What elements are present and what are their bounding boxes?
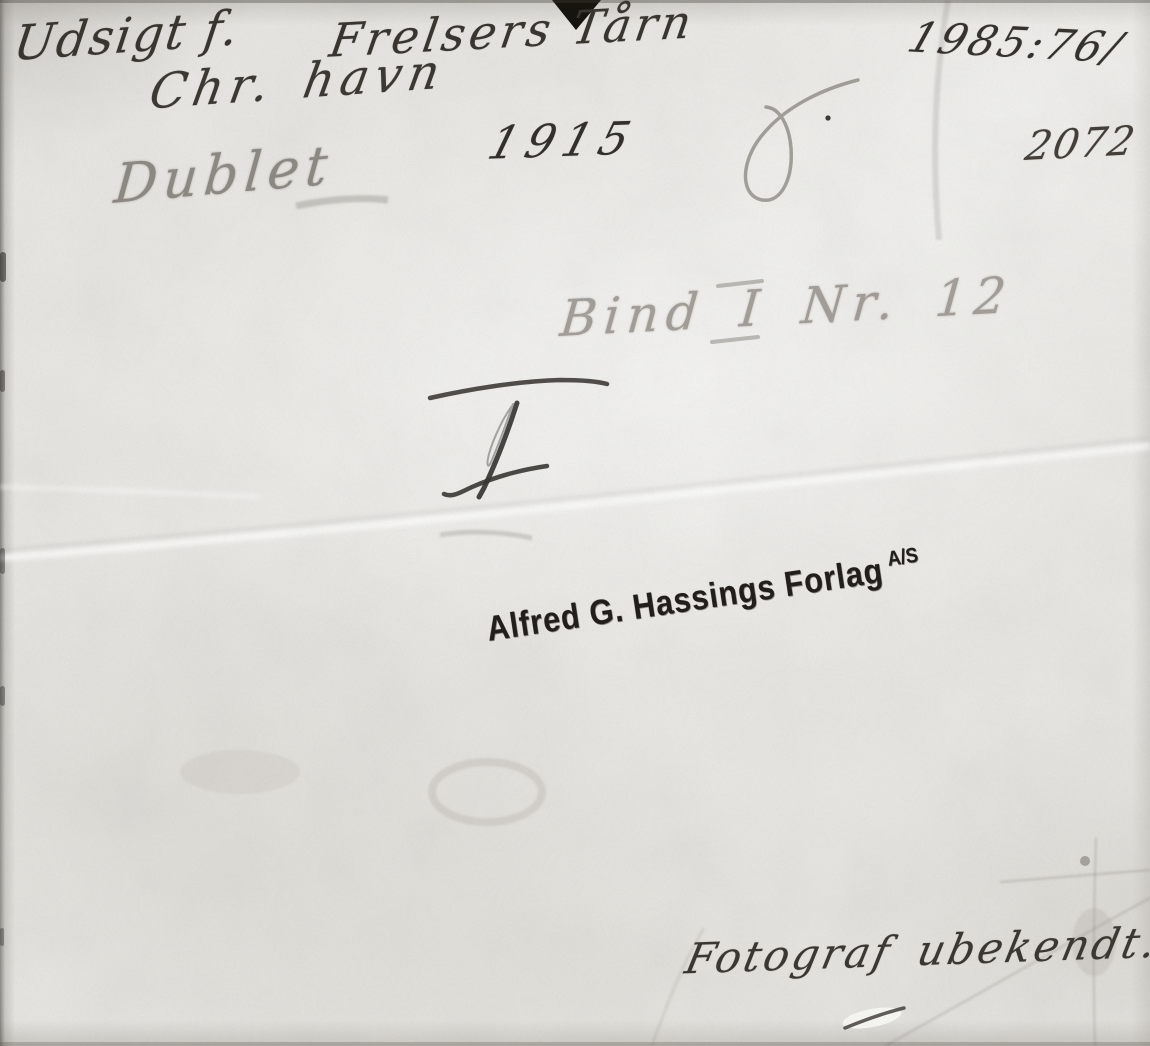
paper-crease-layer (0, 0, 1150, 1046)
paper-mottle-texture (0, 0, 1150, 1046)
ink-fleck (825, 115, 830, 120)
publisher-stamp-suffix: A/S (886, 544, 920, 571)
left-edge-nubs (0, 0, 1150, 1046)
caption-location-text: Chr. havn (146, 47, 449, 116)
photographer-note-text: Fotograf ubekendt. (682, 922, 1150, 981)
pencil-loop-flourish (746, 80, 858, 200)
publisher-stamp: Alfred G. Hassings ForlagA/S (484, 535, 982, 650)
crease-main (0, 439, 1150, 558)
top-edge-notch (552, 0, 601, 30)
duplicate-note-text: Dublet (112, 138, 336, 212)
roman-numeral-serifs-in-volume-note (712, 281, 762, 342)
surface-scratch (841, 1003, 904, 1032)
roman-numeral-mark (430, 380, 607, 497)
photo-verso-scan: Udsigt f. Frelsers Tårn Chr. havn 1915 D… (0, 0, 1150, 1046)
caption-tower-text: Frelsers Tårn (327, 0, 699, 64)
publisher-stamp-text: Alfred G. Hassings Forlag (484, 551, 886, 649)
inventory-number-text: 2072 (1022, 121, 1140, 167)
archive-number-text: 1985:76/ (903, 17, 1130, 69)
gray-dot (1080, 856, 1090, 866)
caption-year-text: 1915 (484, 115, 643, 166)
pencil-marks-layer (0, 0, 1150, 1046)
paper-grain-texture (0, 0, 1150, 1046)
caption-view-text: Udsigt f. (11, 4, 243, 68)
crease-secondary (180, 0, 1150, 1046)
volume-note-text: Bind I Nr. 12 (558, 270, 1015, 344)
